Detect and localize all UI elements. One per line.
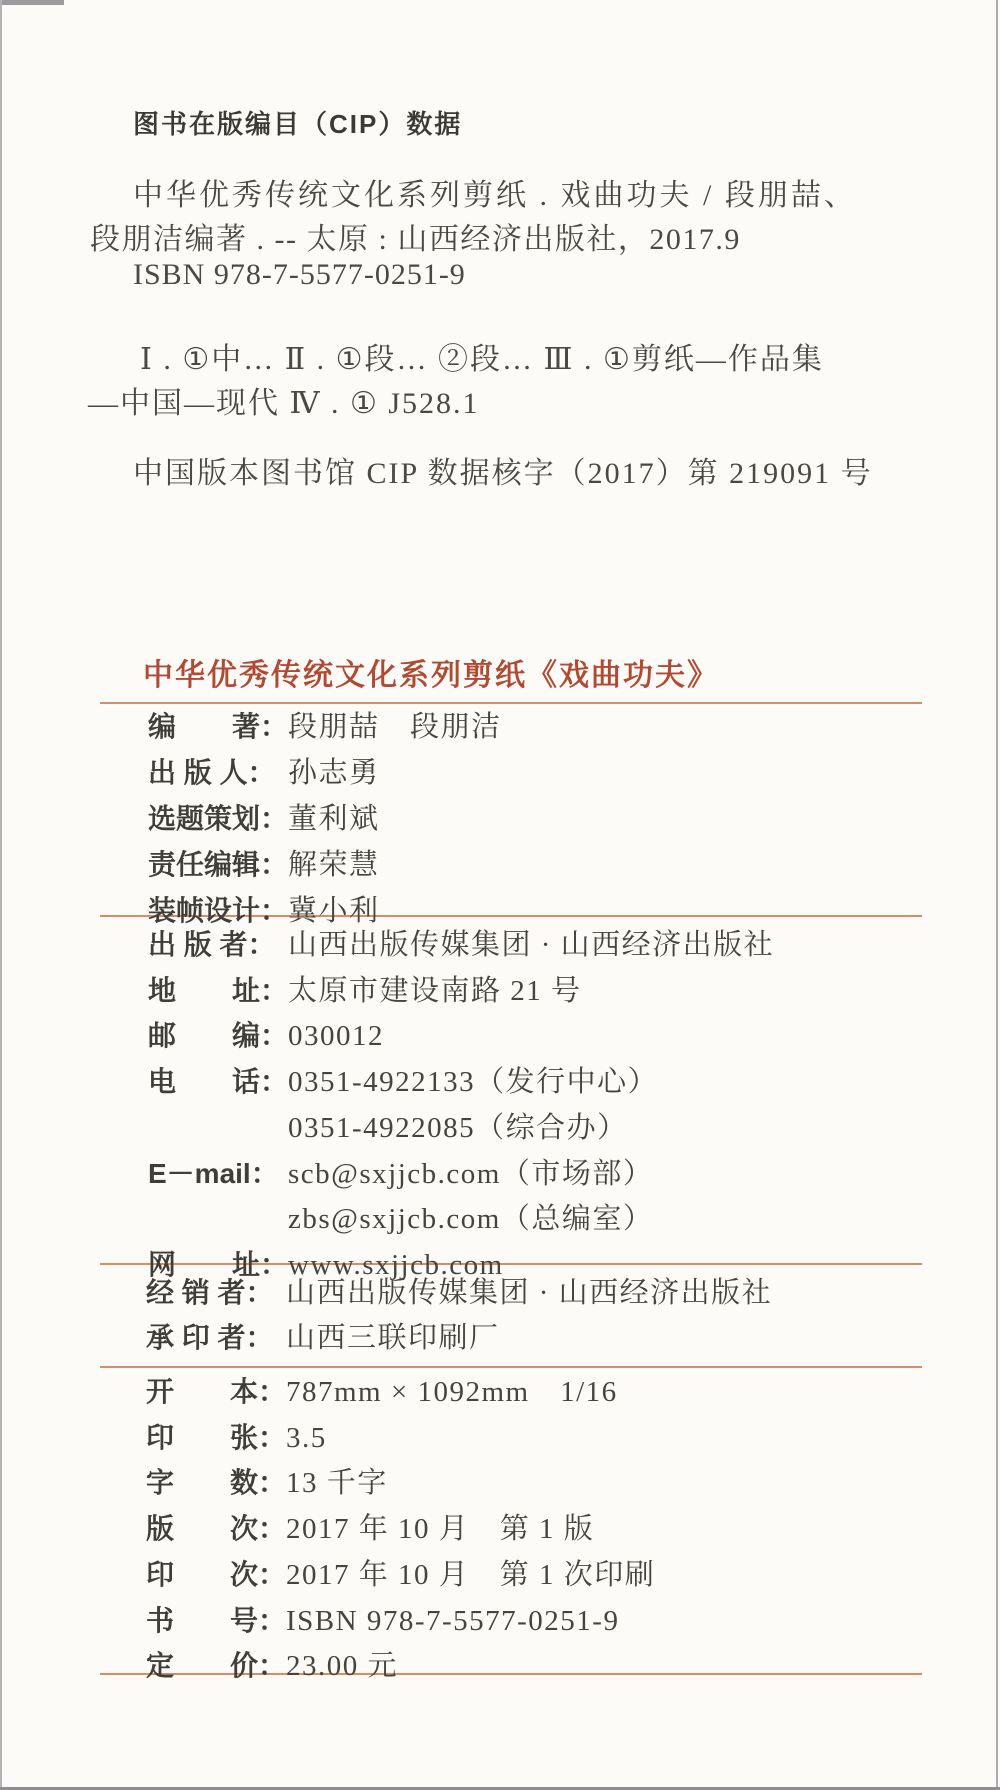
- publisher-row: 地 址：太原市建设南路 21 号: [148, 971, 774, 1017]
- row-label: E－mail：: [148, 1154, 288, 1195]
- row-value: 山西出版传媒集团 · 山西经济出版社: [288, 929, 774, 961]
- book-copyright-page: 图书在版编目（CIP）数据 中华优秀传统文化系列剪纸 . 戏曲功夫 / 段朋喆、…: [0, 0, 1000, 1790]
- row-value: 山西三联印刷厂: [286, 1322, 500, 1354]
- spec-row: 定 价：23.00 元: [146, 1646, 655, 1692]
- row-value: 2017 年 10 月 第 1 版: [286, 1513, 594, 1545]
- credits-section: 编 著：段朋喆 段朋洁 出 版 人：孙志勇 选题策划：董利斌 责任编辑：解荣慧 …: [148, 706, 502, 936]
- row-label: 印 次：: [146, 1555, 286, 1596]
- row-value: 0351-4922133（发行中心）: [288, 1066, 658, 1098]
- row-value: 解荣慧: [288, 849, 380, 881]
- row-value: 13 千字: [286, 1467, 388, 1499]
- publisher-section: 出 版 者：山西出版传媒集团 · 山西经济出版社 地 址：太原市建设南路 21 …: [148, 925, 774, 1291]
- row-value: 3.5: [286, 1422, 327, 1454]
- row-label: 承 印 者：: [146, 1318, 286, 1358]
- row-label: 定 价：: [146, 1646, 286, 1687]
- row-value: 23.00 元: [286, 1650, 398, 1682]
- cip-header: 图书在版编目（CIP）数据: [133, 104, 462, 141]
- row-value: 2017 年 10 月 第 1 次印刷: [286, 1559, 655, 1591]
- cip-record-line-1: 中华优秀传统文化系列剪纸 . 戏曲功夫 / 段朋喆、: [133, 170, 857, 214]
- row-value: 0351-4922085（综合办）: [288, 1112, 628, 1144]
- distribution-row: 经 销 者：山西出版传媒集团 · 山西经济出版社: [146, 1273, 772, 1318]
- row-label: 选题策划：: [148, 798, 288, 839]
- spec-row: 开 本：787mm × 1092mm 1/16: [146, 1372, 655, 1418]
- credit-row: 编 著：段朋喆 段朋洁: [148, 706, 502, 752]
- cip-isbn: ISBN 978-7-5577-0251-9: [133, 258, 466, 292]
- row-value: zbs@sxjjcb.com（总编室）: [288, 1203, 653, 1235]
- row-label: 字 数：: [146, 1463, 286, 1504]
- section-divider-rule-1: [100, 702, 922, 704]
- series-title: 中华优秀传统文化系列剪纸《戏曲功夫》: [143, 650, 719, 694]
- row-value: 太原市建设南路 21 号: [288, 975, 582, 1007]
- publisher-row: 出 版 者：山西出版传媒集团 · 山西经济出版社: [148, 925, 774, 971]
- cip-classification-line-1: Ⅰ . ①中… Ⅱ . ①段… ②段… Ⅲ . ①剪纸—作品集: [140, 334, 824, 378]
- spec-row: 印 次：2017 年 10 月 第 1 次印刷: [146, 1555, 655, 1601]
- row-value: 孙志勇: [288, 757, 380, 789]
- publisher-row: E－mail：scb@sxjjcb.com（市场部）: [148, 1154, 774, 1200]
- row-value: ISBN 978-7-5577-0251-9: [286, 1605, 619, 1637]
- credit-row: 出 版 人：孙志勇: [148, 752, 502, 798]
- row-label: 出 版 人：: [148, 752, 288, 793]
- credit-row: 责任编辑：解荣慧: [148, 844, 502, 890]
- row-label: 责任编辑：: [148, 844, 288, 885]
- cip-registry-note: 中国版本图书馆 CIP 数据核字（2017）第 219091 号: [133, 448, 873, 492]
- publisher-row: zbs@sxjjcb.com（总编室）: [148, 1199, 774, 1245]
- spec-row: 字 数：13 千字: [146, 1463, 655, 1509]
- section-divider-rule-4: [100, 1366, 922, 1368]
- row-value: 段朋喆 段朋洁: [288, 711, 502, 743]
- publisher-row: 0351-4922085（综合办）: [148, 1108, 774, 1154]
- spec-row: 版 次：2017 年 10 月 第 1 版: [146, 1509, 655, 1555]
- row-label: 经 销 者：: [146, 1273, 286, 1313]
- distribution-section: 经 销 者：山西出版传媒集团 · 山西经济出版社 承 印 者：山西三联印刷厂: [146, 1273, 772, 1363]
- row-label: 编 著：: [148, 706, 288, 747]
- print-spec-section: 开 本：787mm × 1092mm 1/16 印 张：3.5 字 数：13 千…: [146, 1372, 655, 1692]
- publisher-row: 邮 编：030012: [148, 1016, 774, 1062]
- row-value: 030012: [288, 1020, 384, 1052]
- cip-record-line-2: 段朋洁编著 . -- 太原 : 山西经济出版社，2017.9: [90, 214, 741, 258]
- scan-artifact-right-edge: [996, 0, 998, 1790]
- row-value: 冀小利: [288, 895, 380, 927]
- row-value: 董利斌: [288, 803, 380, 835]
- row-value: 山西出版传媒集团 · 山西经济出版社: [286, 1277, 772, 1309]
- row-label: 邮 编：: [148, 1016, 288, 1057]
- distribution-row: 承 印 者：山西三联印刷厂: [146, 1318, 772, 1363]
- scan-artifact-left-edge: [0, 0, 2, 1790]
- row-label: 地 址：: [148, 971, 288, 1012]
- row-label: 开 本：: [146, 1372, 286, 1413]
- row-label: 书 号：: [146, 1601, 286, 1642]
- row-label: 出 版 者：: [148, 925, 288, 966]
- scan-artifact-top-strip: [0, 0, 64, 5]
- row-value: 787mm × 1092mm 1/16: [286, 1376, 618, 1408]
- spec-row: 印 张：3.5: [146, 1418, 655, 1464]
- spec-row: 书 号：ISBN 978-7-5577-0251-9: [146, 1601, 655, 1647]
- row-value: scb@sxjjcb.com（市场部）: [288, 1158, 653, 1190]
- credit-row: 选题策划：董利斌: [148, 798, 502, 844]
- publisher-row: 电 话：0351-4922133（发行中心）: [148, 1062, 774, 1108]
- row-label: 电 话：: [148, 1062, 288, 1103]
- cip-classification-line-2: —中国—现代 Ⅳ . ① J528.1: [88, 378, 480, 422]
- row-label: 印 张：: [146, 1418, 286, 1459]
- row-label: 版 次：: [146, 1509, 286, 1550]
